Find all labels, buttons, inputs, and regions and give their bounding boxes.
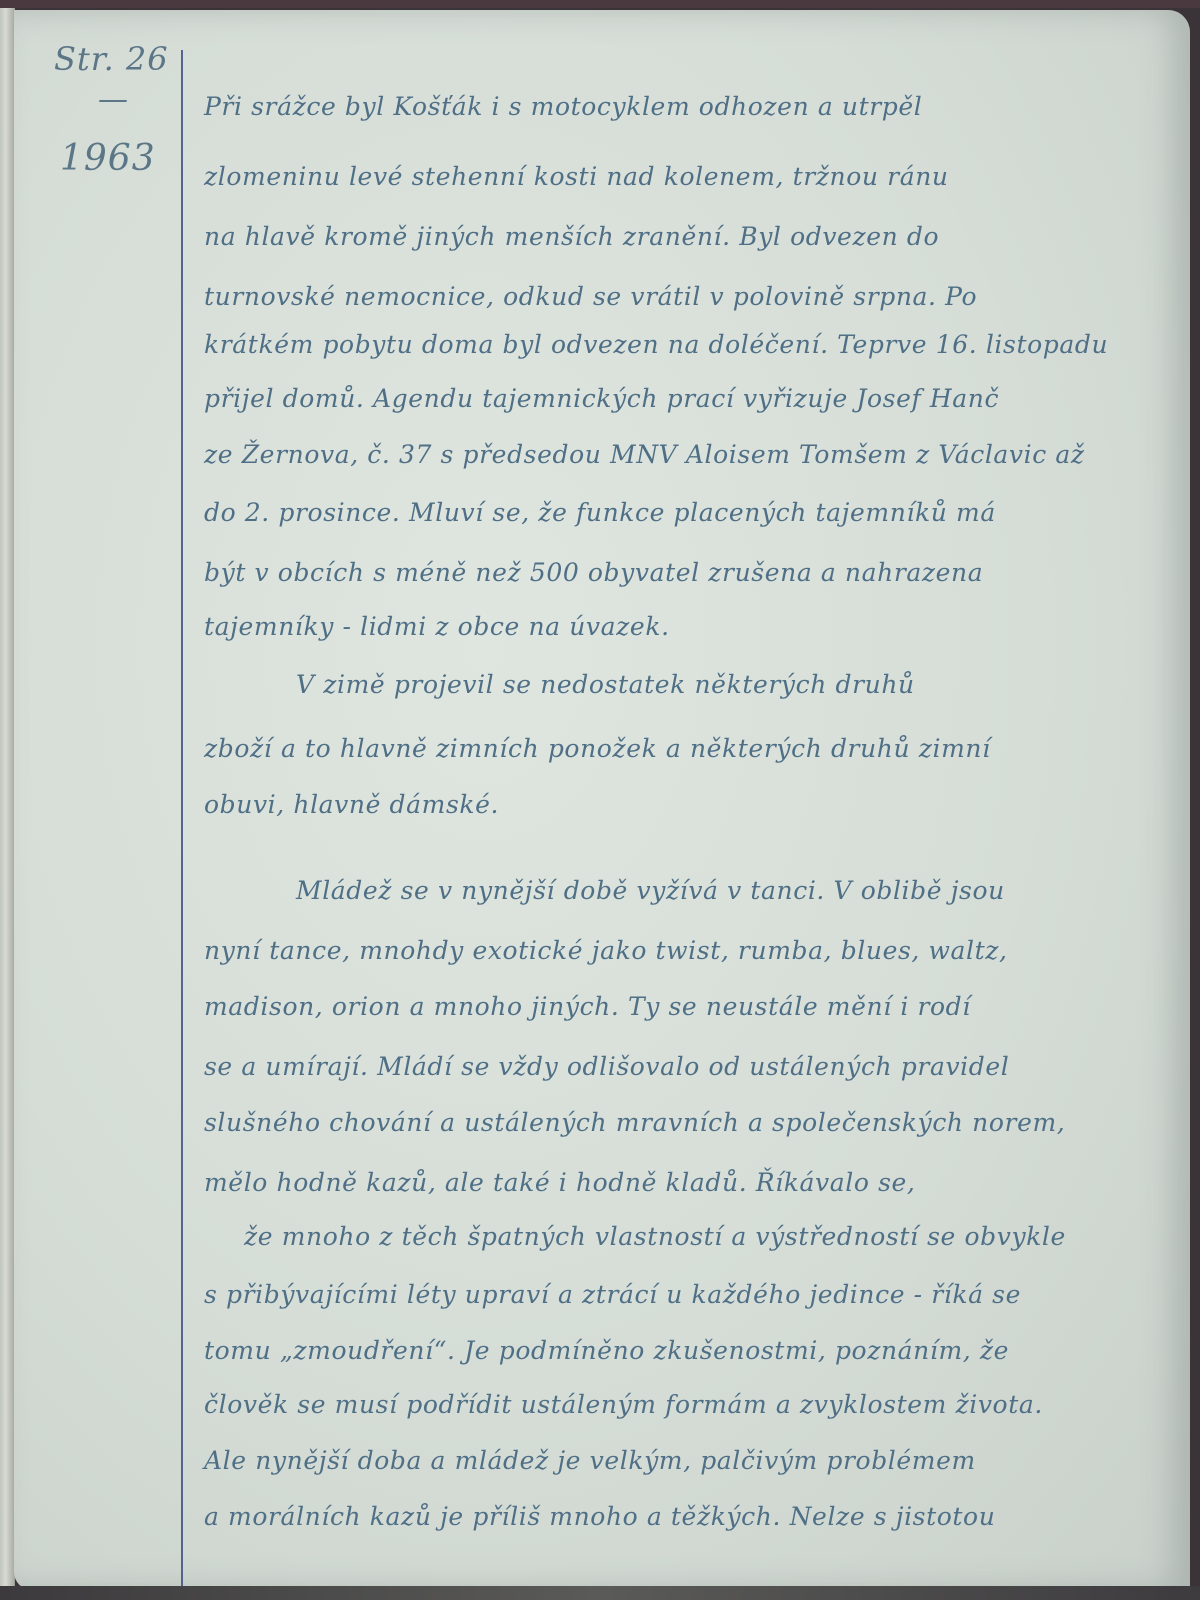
page-bottom-edge (0, 1586, 1200, 1600)
text-line: slušného chování a ustálených mravních a… (204, 1108, 1065, 1137)
text-line: a morálních kazů je příliš mnoho a těžký… (204, 1502, 995, 1531)
text-line: člověk se musí podřídit ustáleným formám… (204, 1390, 1043, 1419)
text-line: tajemníky - lidmi z obce na úvazek. (204, 612, 670, 641)
text-line: přijel domů. Agendu tajemnických prací v… (204, 384, 999, 413)
text-line: zlomeninu levé stehenní kosti nad kolene… (204, 162, 949, 191)
text-line: nyní tance, mnohdy exotické jako twist, … (204, 936, 1008, 965)
text-line: obuvi, hlavně dámské. (204, 790, 499, 819)
text-line: madison, orion a mnoho jiných. Ty se neu… (204, 992, 971, 1021)
text-line: zboží a to hlavně zimních ponožek a někt… (204, 734, 991, 763)
text-line: že mnoho z těch špatných vlastností a vý… (204, 1222, 1066, 1251)
page-number-label: Str. 26 (54, 40, 169, 78)
text-line: se a umírají. Mládí se vždy odlišovalo o… (204, 1052, 1009, 1081)
text-line: mělo hodně kazů, ale také i hodně kladů.… (204, 1168, 915, 1197)
year-label: 1963 (60, 138, 156, 179)
text-line: být v obcích s méně než 500 obyvatel zru… (204, 558, 983, 587)
margin-separator: — (98, 82, 129, 117)
paragraph-start-line: V zimě projevil se nedostatek některých … (204, 670, 915, 699)
text-line: ze Žernova, č. 37 s předsedou MNV Aloise… (204, 440, 1085, 469)
scanned-page: Str. 26 — 1963 Při srážce byl Košťák i s… (0, 0, 1200, 1600)
chronicle-page: Str. 26 — 1963 Při srážce byl Košťák i s… (14, 10, 1190, 1590)
book-binding (0, 8, 15, 1588)
text-line: do 2. prosince. Mluví se, že funkce plac… (204, 498, 996, 527)
text-line: turnovské nemocnice, odkud se vrátil v p… (204, 282, 977, 311)
paragraph-start-line: Mládež se v nynější době vyžívá v tanci.… (204, 876, 1005, 905)
text-line: tomu „zmoudření“. Je podmíněno zkušenost… (204, 1336, 1009, 1365)
margin-rule-line (181, 50, 183, 1600)
text-line: s přibývajícími léty upraví a ztrácí u k… (204, 1280, 1021, 1309)
text-line: Při srážce byl Košťák i s motocyklem odh… (204, 92, 922, 121)
text-line: krátkém pobytu doma byl odvezen na doléč… (204, 330, 1108, 359)
text-line: Ale nynější doba a mládež je velkým, pal… (204, 1446, 976, 1475)
text-line: na hlavě kromě jiných menších zranění. B… (204, 222, 939, 251)
